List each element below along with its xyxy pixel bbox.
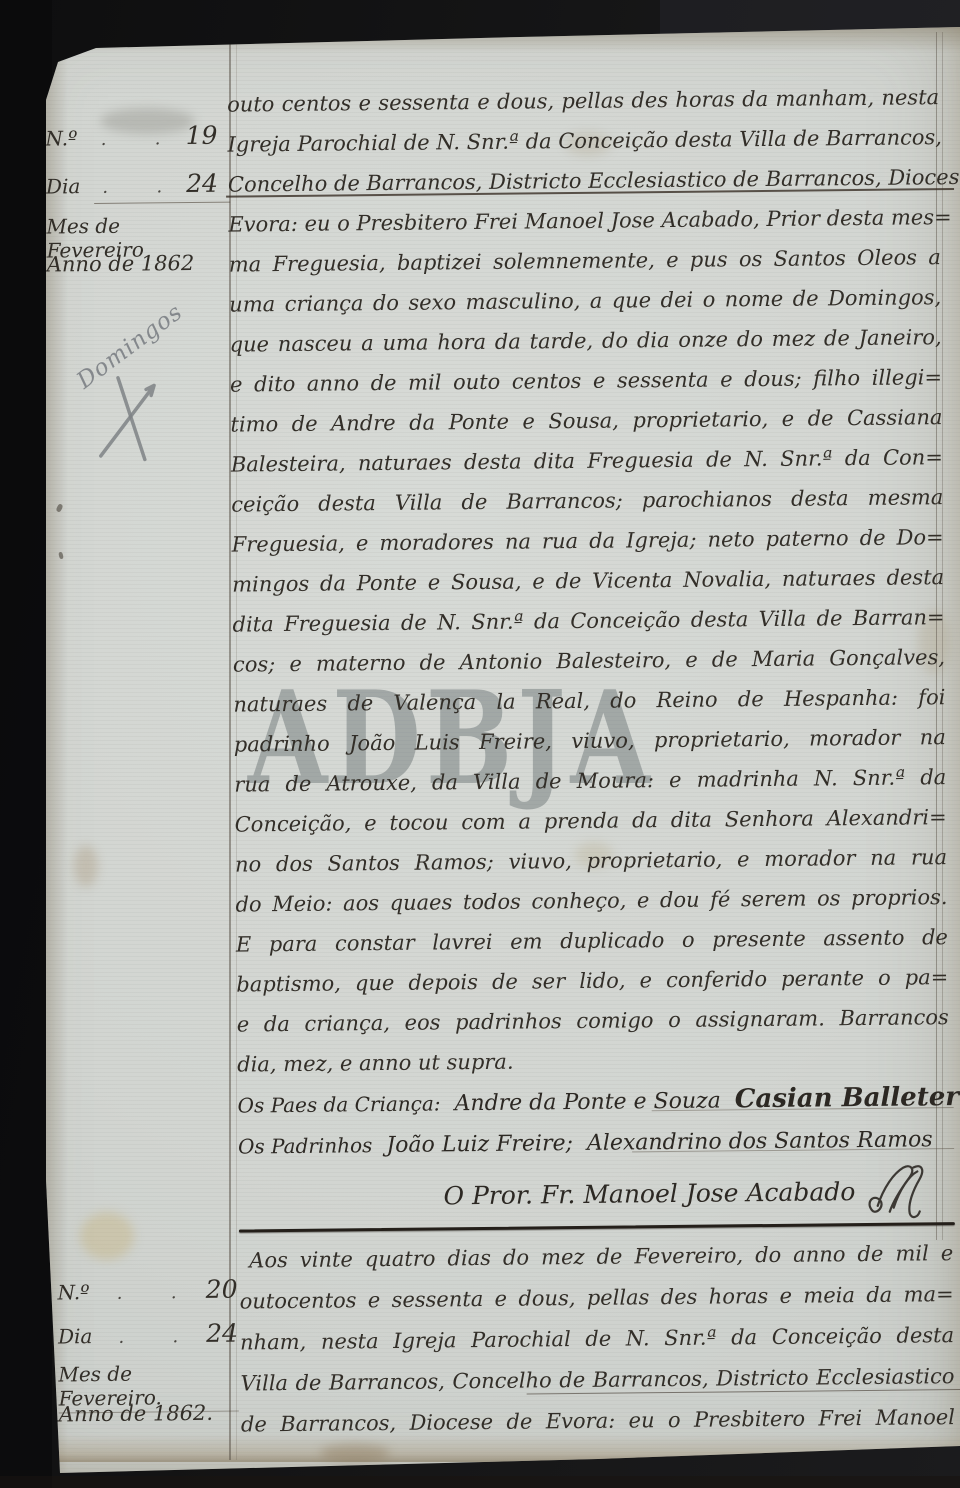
record2-month-row: Mes de Fevereiro. [58,1361,238,1403]
godparents-signature-row: Os Padrinhos João Luiz Freire; Alexandri… [238,1119,950,1168]
record-number-label: N.º [45,126,77,150]
parents-signature-row: Os Paes da Criança: Andre da Ponte e Sou… [237,1077,949,1126]
scan-background-left [0,0,52,1488]
record2-number-row: N.º . . 20 [57,1275,237,1321]
record1-margin-block: N.º . . 19 Dia . . 24 Mes de Fevereiro A… [45,121,219,291]
scanned-register-page: ADBJA N.º . . 19 Dia . . 24 Mes de Fever… [0,0,960,1488]
year-label: Anno de 1862. [59,1401,213,1427]
body-closing-line: dia, mez, e anno ut supra. [237,1037,949,1084]
mother-signature: Casian Balletero [735,1077,960,1120]
day-value: 24 [206,1319,238,1348]
godfather-signature: João Luiz Freire; [386,1124,573,1166]
godparents-signature-prefix: Os Padrinhos [238,1125,373,1166]
record1-month-row: Mes de Fevereiro [46,213,218,253]
manuscript-paper: ADBJA N.º . . 19 Dia . . 24 Mes de Fever… [0,0,960,1488]
father-signature: Andre da Ponte e Souza [454,1081,721,1124]
record1-body: outo centos e sessenta e dous, pellas de… [227,77,951,1228]
record2-margin-block: N.º . . 20 Dia . . 24 Mes de Fevereiro. … [57,1275,239,1443]
day-label: Dia [46,174,81,198]
dot-leaders: . . [101,128,163,150]
dot-leaders: . . [118,1326,180,1348]
manuscript-content: N.º . . 19 Dia . . 24 Mes de Fevereiro A… [0,0,960,1488]
year-label: Anno de 1862 [47,251,195,277]
priest-rubric-flourish [863,1159,928,1224]
day-label: Dia [58,1324,93,1348]
dot-leaders: . . [102,176,164,198]
record-number-value: 19 [185,121,217,150]
record1-day-row: Dia . . 24 [46,169,218,215]
record-number-label: N.º [57,1280,89,1304]
dot-leaders: . . [117,1282,179,1304]
record2-day-row: Dia . . 24 [58,1319,238,1363]
scan-background-bottom [0,1476,960,1488]
godmother-signature: Alexandrino dos Santos Ramos [587,1120,933,1164]
record-number-value: 20 [206,1275,238,1304]
priest-signature-row: O Pror. Fr. Manoel Jose Acabado [238,1161,951,1228]
record1-year-row: Anno de 1862 [47,251,219,291]
parents-signature-prefix: Os Paes da Criança: [237,1083,440,1125]
body-line: de Barrancos, Diocese de Evora: eu o Pre… [241,1397,955,1445]
day-value: 24 [186,169,218,198]
record2-body: Aos vinte quatro dias do mez de Fevereir… [239,1233,955,1445]
priest-signature: O Pror. Fr. Manoel Jose Acabado [443,1172,855,1216]
pencil-cross-mark [94,373,167,462]
record2-year-row: Anno de 1862. [59,1401,239,1443]
record1-number-row: N.º . . 19 [45,121,217,171]
